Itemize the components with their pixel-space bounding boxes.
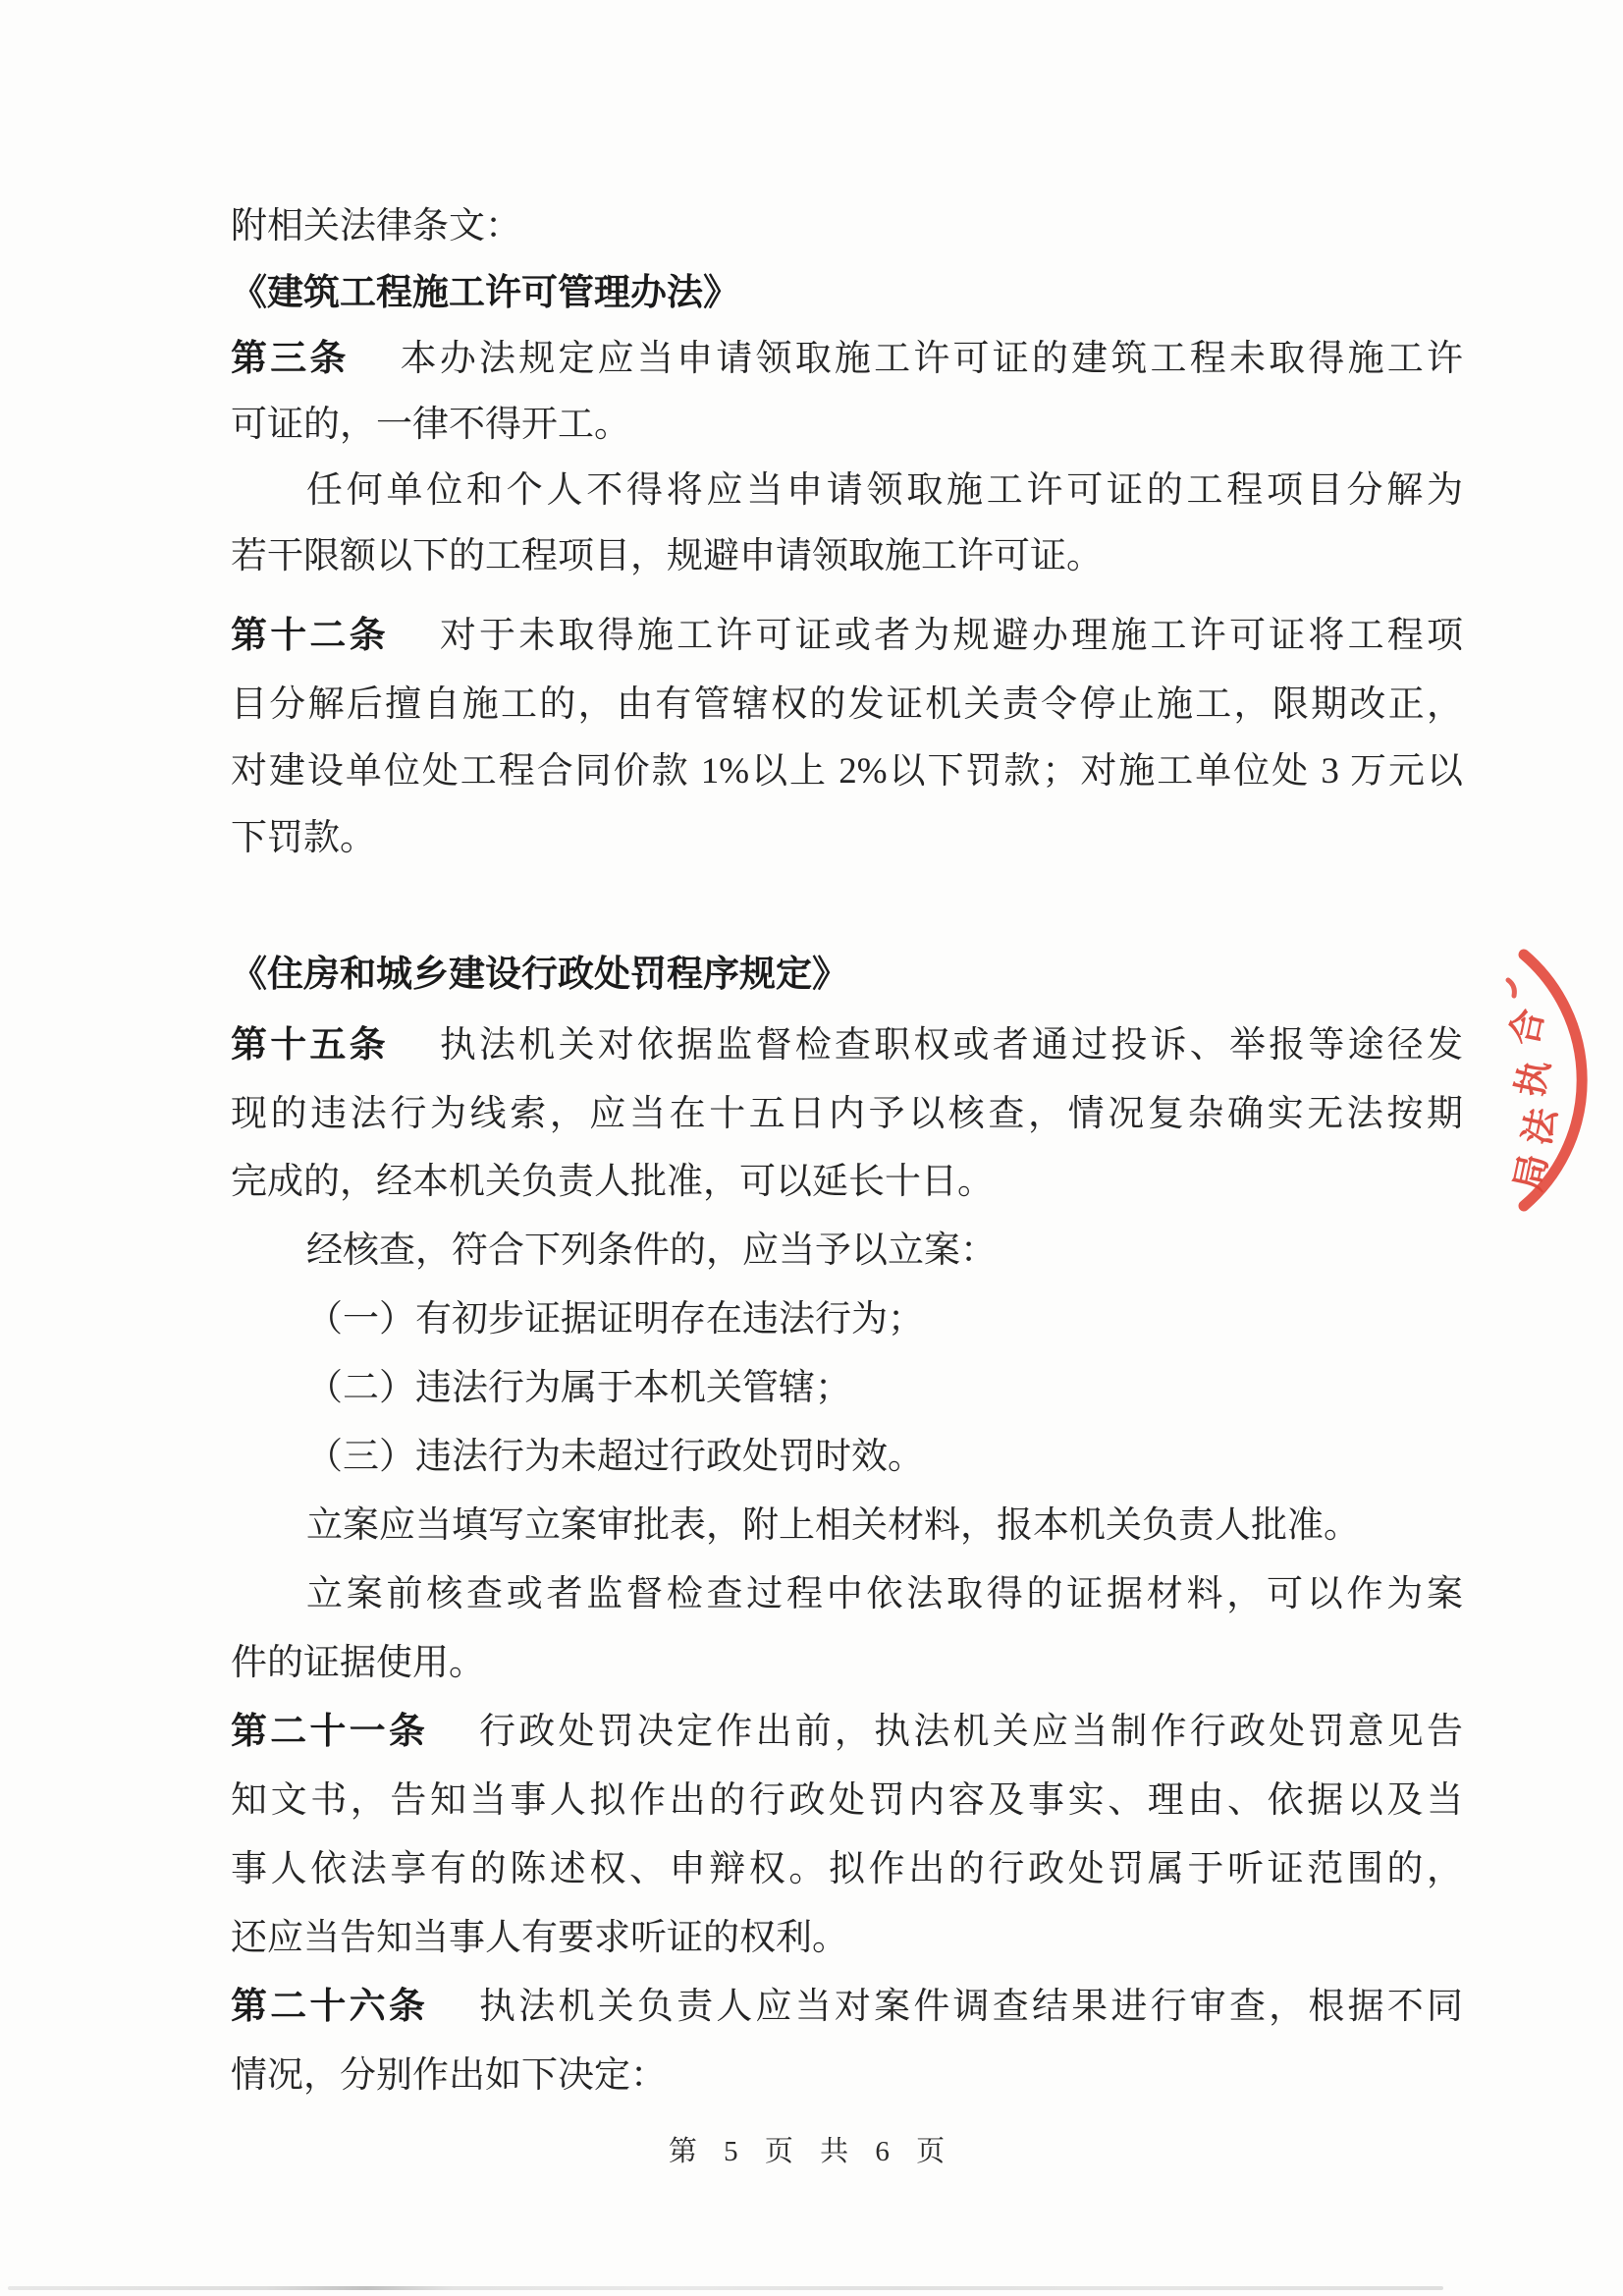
line-text: 立案应当填写立案审批表，附上相关材料，报本机关负责人批准。: [306, 1505, 1360, 1546]
text-line: 件的证据使用。: [231, 1641, 485, 1686]
line-text: 件的证据使用。: [231, 1643, 485, 1683]
text-line: （三）违法行为未超过行政处罚时效。: [306, 1435, 924, 1480]
text-line: 知文书，告知当事人拟作出的行政处罚内容及事实、理由、依据以及当: [231, 1778, 1463, 1824]
text-line: 立案应当填写立案审批表，附上相关材料，报本机关负责人批准。: [306, 1503, 1360, 1549]
article-number: 第十二条: [231, 616, 440, 656]
stamp-arc: [1524, 955, 1582, 1206]
text-line: （二）违法行为属于本机关管辖；: [306, 1366, 851, 1411]
line-text: 下罚款。: [231, 818, 376, 858]
line-text: 经核查，符合下列条件的，应当予以立案：: [306, 1230, 997, 1271]
line-text: 情况，分别作出如下决定：: [231, 2055, 667, 2096]
article-number: 第二十六条: [231, 1987, 479, 2027]
article-number: 第二十一条: [231, 1712, 479, 1752]
line-text: 附相关法律条文：: [231, 206, 521, 246]
page-number-footer: 第 5 页 共 6 页: [0, 2129, 1623, 2169]
scanned-document-page: 附相关法律条文：《建筑工程施工许可管理办法》第三条本办法规定应当申请领取施工许可…: [0, 0, 1623, 2296]
text-line: 现的违法行为线索，应当在十五日内予以核查，情况复杂确实无法按期: [231, 1092, 1463, 1137]
line-text: 完成的，经本机关负责人批准，可以延长十日。: [231, 1162, 994, 1202]
stamp-char-partial: 局: [1509, 1151, 1556, 1195]
line-text: 《建筑工程施工许可管理办法》: [231, 273, 739, 313]
text-line: 情况，分别作出如下决定：: [231, 2053, 667, 2099]
line-text: 执法机关负责人应当对案件调查结果进行审查，根据不同: [479, 1987, 1463, 2027]
line-text: 执法机关对依据监督检查职权或者通过投诉、举报等途径发: [440, 1025, 1463, 1066]
line-text: 本办法规定应当申请领取施工许可证的建筑工程未取得施工许: [401, 339, 1463, 379]
line-text: 立案前核查或者监督检查过程中依法取得的证据材料，可以作为案: [306, 1574, 1463, 1614]
text-line: 还应当告知当事人有要求听证的权利。: [231, 1916, 848, 1961]
text-line: 对建设单位处工程合同价款 1%以上 2%以下罚款；对施工单位处 3 万元以: [231, 749, 1463, 794]
text-line: 第二十六条执法机关负责人应当对案件调查结果进行审查，根据不同: [231, 1985, 1463, 2030]
line-text: 对于未取得施工许可证或者为规避办理施工许可证将工程项: [440, 616, 1463, 656]
stamp-characters: 合 执 法 局: [1504, 1006, 1565, 1195]
scan-edge-artifact: [8, 2286, 1443, 2290]
line-text: 知文书，告知当事人拟作出的行政处罚内容及事实、理由、依据以及当: [231, 1780, 1463, 1821]
text-line: 若干限额以下的工程项目，规避申请领取施工许可证。: [231, 534, 1103, 579]
article-number: 第三条: [231, 339, 401, 379]
text-line: 事人依法享有的陈述权、申辩权。拟作出的行政处罚属于听证范围的，: [231, 1847, 1463, 1892]
line-text: 任何单位和个人不得将应当申请领取施工许可证的工程项目分解为: [306, 470, 1463, 511]
text-line: 目分解后擅自施工的，由有管辖权的发证机关责令停止施工，限期改正，: [231, 683, 1463, 728]
text-line: 附相关法律条文：: [231, 204, 521, 249]
line-text: 对建设单位处工程合同价款 1%以上 2%以下罚款；对施工单位处 3 万元以: [231, 751, 1463, 792]
line-text: 现的违法行为线索，应当在十五日内予以核查，情况复杂确实无法按期: [231, 1094, 1463, 1134]
line-text: 可证的，一律不得开工。: [231, 405, 630, 445]
text-line: 任何单位和个人不得将应当申请领取施工许可证的工程项目分解为: [306, 468, 1463, 514]
stamp-char: 合: [1504, 1006, 1552, 1050]
official-seal-stamp: 合 执 法 局: [1443, 933, 1623, 1228]
text-line: 完成的，经本机关负责人批准，可以延长十日。: [231, 1160, 994, 1205]
line-text: 事人依法享有的陈述权、申辩权。拟作出的行政处罚属于听证范围的，: [231, 1849, 1463, 1889]
line-text: （三）违法行为未超过行政处罚时效。: [306, 1437, 924, 1477]
text-line: （一）有初步证据证明存在违法行为；: [306, 1297, 924, 1342]
text-line: 《建筑工程施工许可管理办法》: [231, 271, 739, 316]
text-line: 第十二条对于未取得施工许可证或者为规避办理施工许可证将工程项: [231, 614, 1463, 659]
line-text: （二）违法行为属于本机关管辖；: [306, 1368, 851, 1408]
stamp-char: 法: [1517, 1104, 1565, 1149]
text-line: 第二十一条行政处罚决定作出前，执法机关应当制作行政处罚意见告: [231, 1710, 1463, 1755]
text-line: 《住房和城乡建设行政处罚程序规定》: [231, 953, 848, 998]
stamp-char: 执: [1510, 1057, 1558, 1101]
line-text: 若干限额以下的工程项目，规避申请领取施工许可证。: [231, 536, 1103, 576]
text-line: 立案前核查或者监督检查过程中依法取得的证据材料，可以作为案: [306, 1572, 1463, 1617]
stamp-partial-mark: [1508, 980, 1514, 996]
line-text: 行政处罚决定作出前，执法机关应当制作行政处罚意见告: [479, 1712, 1463, 1752]
article-number: 第十五条: [231, 1025, 440, 1066]
text-line: 第三条本办法规定应当申请领取施工许可证的建筑工程未取得施工许: [231, 337, 1463, 382]
text-line: 可证的，一律不得开工。: [231, 403, 630, 448]
text-line: 经核查，符合下列条件的，应当予以立案：: [306, 1229, 997, 1274]
line-text: （一）有初步证据证明存在违法行为；: [306, 1299, 924, 1339]
text-line: 第十五条执法机关对依据监督检查职权或者通过投诉、举报等途径发: [231, 1023, 1463, 1068]
line-text: 还应当告知当事人有要求听证的权利。: [231, 1918, 848, 1958]
line-text: 目分解后擅自施工的，由有管辖权的发证机关责令停止施工，限期改正，: [231, 684, 1463, 725]
line-text: 《住房和城乡建设行政处罚程序规定》: [231, 955, 848, 995]
text-line: 下罚款。: [231, 816, 376, 861]
